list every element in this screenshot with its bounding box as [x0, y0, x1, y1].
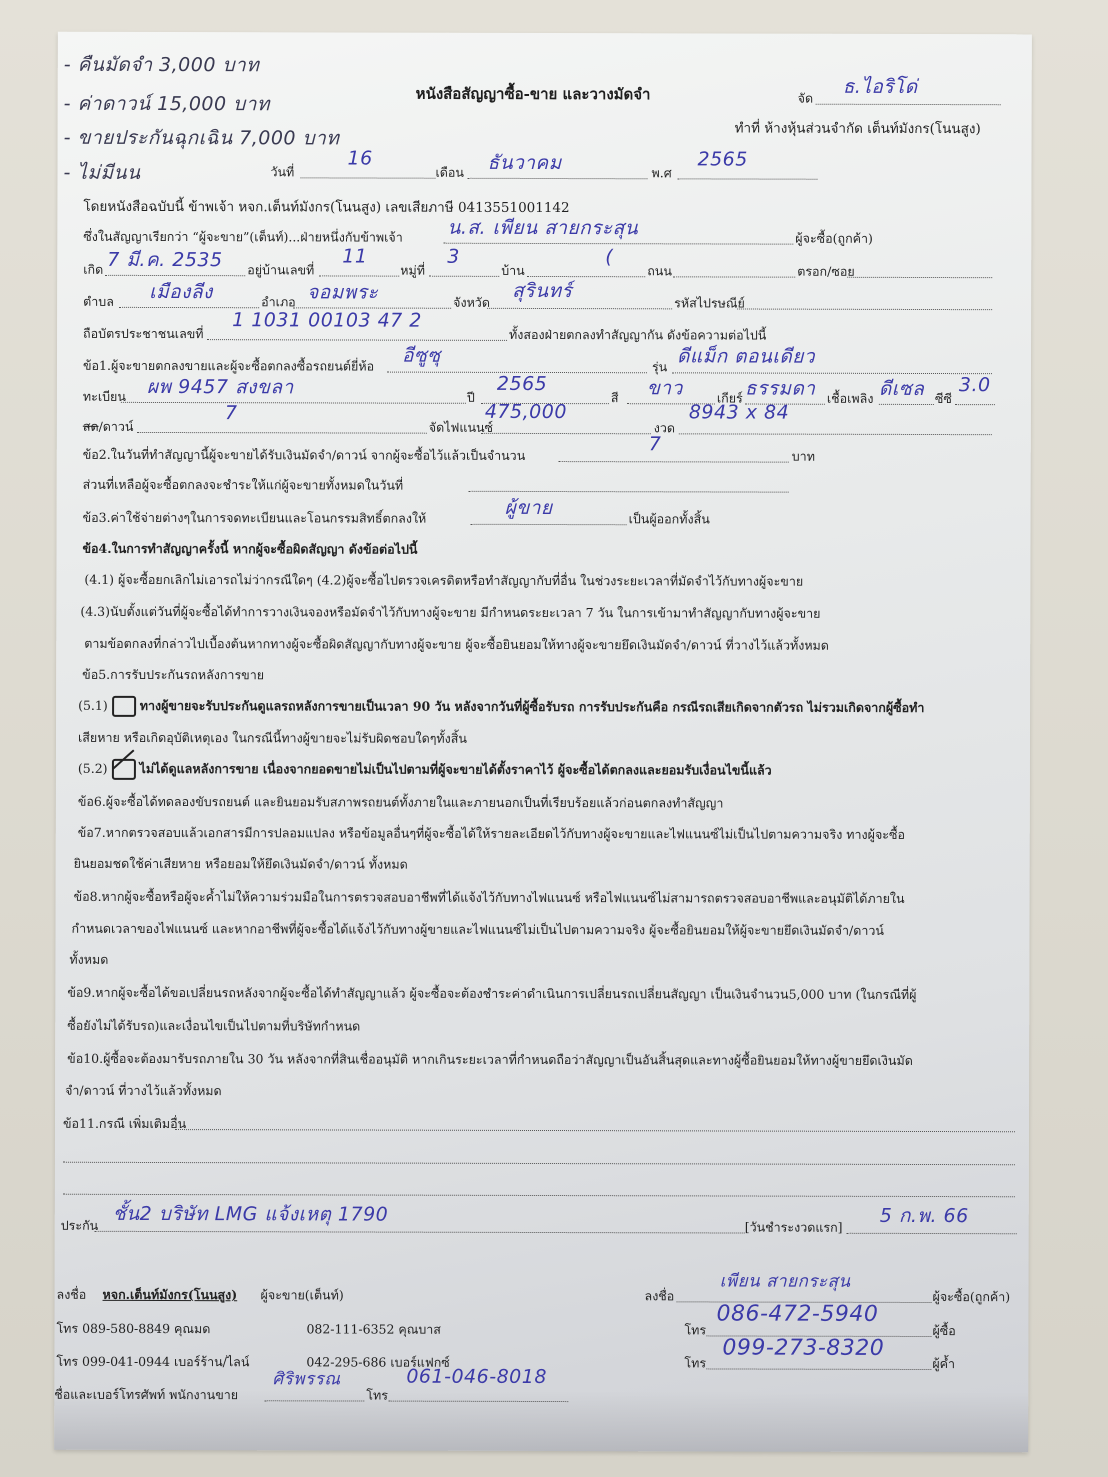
option-5-1-number: (5.1) [78, 698, 108, 713]
alley-label: ตรอก/ซอย [797, 262, 854, 282]
buyer-role-label: ผู้จะซื้อ(ถูกค้า) [795, 229, 873, 249]
note-down-payment: - ค่าดาวน์ 15,000 บาท [64, 89, 270, 120]
moo-label: หมู่ที่ [400, 261, 425, 281]
province-value: สุรินทร์ [512, 276, 572, 306]
finance-value: 475,000 [485, 401, 567, 423]
fuel-value: ดีเซล [879, 374, 924, 404]
place-text: ทำที่ ห้างหุ้นส่วนจำกัด เต็นท์มังกร(โนนส… [735, 116, 981, 139]
buyer-sign-label: ลงชื่อ [645, 1286, 675, 1306]
born-value: 7 มี.ค. 2535 [107, 245, 222, 275]
day-value: 16 [347, 147, 372, 169]
option-5-2-text: ไม่ได้ดูแลหลังการขาย เนื่องจากยอดขายไม่เ… [140, 761, 772, 778]
buyer-phone-role: ผู้ซื้อ [932, 1321, 955, 1341]
clause10-line1: ข้อ10.ผู้ซื้อจะต้องมารับรถภายใน 30 วัน ห… [67, 1049, 913, 1071]
day-label: วันที่ [270, 162, 294, 182]
plate-value: ผพ 9457 สงขลา [147, 372, 294, 402]
clause4-line1: (4.1) ผู้จะซื้อยกเลิกไม่เอารถไม่ว่ากรณีใ… [84, 570, 803, 592]
baht-unit: บาท [792, 447, 815, 467]
clause3-text: ข้อ3.ค่าใช้จ่ายต่างๆในการจดทะเบียนและโอน… [83, 508, 427, 529]
insurance-value: ชั้น2 บริษัท LMG แจ้งเหตุ 1790 [113, 1199, 389, 1230]
subdistrict-value: เมืองลีง [149, 277, 213, 307]
installment-value: 8943 x 84 [689, 401, 789, 423]
clause11-label: ข้อ11.กรณี เพิ่มเติมอื่น [63, 1114, 186, 1134]
note-misc: - ไม่มีนน [63, 158, 140, 188]
id-card-value: 1 1031 00103 47 2 [232, 309, 422, 331]
finance-label: จัดไฟแนนซ์ [429, 418, 493, 438]
clause6-text: ข้อ6.ผู้จะซื้อได้ทดลองขับรถยนต์ และยินยอ… [78, 792, 724, 814]
jad-label: จัด [798, 89, 814, 109]
buyer-phone: 086-472-5940 [716, 1301, 878, 1326]
buyer-signature: เพียน สายกระสุน [720, 1267, 851, 1294]
born-label: เกิด [83, 260, 103, 280]
note-deposit-return: - คืนมัดจำ 3,000 บาท [64, 50, 260, 81]
province-label: จังหวัด [453, 293, 490, 313]
year-label: พ.ศ [651, 163, 671, 183]
month-label: เดือน [435, 163, 464, 183]
cc-label: ซีซี [935, 389, 952, 409]
first-payment-date: 5 ก.พ. 66 [880, 1201, 969, 1231]
no-warranty-checkbox[interactable] [112, 759, 136, 780]
guarantor-phone: 099-273-8320 [722, 1335, 884, 1360]
seller-sign-label: ลงชื่อ [57, 1285, 87, 1305]
seller-role: ผู้จะขาย(เต็นท์) [261, 1285, 344, 1305]
clause8-line3: ทั้งหมด [69, 950, 108, 970]
seller-phone-3: โทร 099-041-0944 เบอร์ร้าน/ไลน์ [56, 1352, 249, 1373]
car-year-value: 2565 [497, 373, 547, 395]
jad-value: ธ.ไอริโด่ [843, 72, 918, 102]
deposit-amount-value: 7 [649, 433, 662, 455]
car-model-value: ดีแม็ก ตอนเดียว [677, 341, 815, 371]
clause8-line2: กำหนดเวลาของไฟแนนซ์ และหากอาชีพที่ผู้จะซ… [71, 919, 883, 941]
clause4-heading: ข้อ4.ในการทำสัญญาครั้งนี้ หากผู้จะซื้อผิ… [82, 539, 417, 560]
warranty-90-days-checkbox[interactable] [112, 696, 136, 717]
clause7-line2: ยินยอมชดใช้ค่าเสียหาย หรือยอมให้ยึดเงินม… [74, 854, 408, 875]
road-label: ถนน [647, 261, 672, 281]
down-value: 7 [225, 402, 238, 424]
staff-phone: 061-046-8018 [406, 1366, 547, 1388]
insurance-label: ประกัน [61, 1216, 99, 1236]
year-label-car: ปี [467, 388, 475, 408]
clause5-heading: ข้อ5.การรับประกันรถหลังการขาย [82, 665, 264, 685]
cc-value: 3.0 [959, 374, 991, 396]
district-value: จอมพระ [307, 277, 378, 307]
option-5-2-number: (5.2) [78, 761, 108, 776]
house-no-value: 11 [342, 245, 367, 267]
village-value: ( [605, 246, 613, 268]
clause4-line3: ตามข้อตกลงที่กล่าวไปเบื้องต้นหากทางผู้จะ… [84, 634, 829, 656]
warranty-option-none: (5.2)ไม่ได้ดูแลหลังการขาย เนื่องจากยอดขา… [78, 759, 772, 782]
house-no-label: อยู่บ้านเลขที่ [247, 260, 314, 280]
option-5-1-text-cont: เสียหาย หรือเกิดอุบัติเหตุเอง ในกรณีนี้ท… [78, 728, 467, 749]
clause9-line2: ซื้อยังไม่ได้รับรถ)และเงื่อนไขเป็นไปตามท… [67, 1016, 360, 1037]
document-title: หนังสือสัญญาซื้อ-ขาย และวางมัดจำ [416, 82, 651, 107]
contract-paper: - คืนมัดจำ 3,000 บาท - ค่าดาวน์ 15,000 บ… [54, 32, 1032, 1453]
down-label: สด/ดาวน์ [83, 417, 134, 437]
car-brand-value: อีซูซุ [402, 341, 441, 371]
transfer-cost-payer: ผู้ขาย [505, 493, 553, 523]
buyer-role: ผู้จะซื้อ(ถูกค้า) [933, 1287, 1011, 1307]
down-label-text: /ดาวน์ [99, 419, 134, 434]
year-value: 2565 [697, 148, 747, 170]
option-5-1-text: ทางผู้ขายจะรับประกันดูแลรถหลังการขายเป็น… [140, 698, 925, 715]
car-color-value: ขาว [647, 373, 683, 403]
clause10-line2: จำ/ดาวน์ ที่วางไว้แล้วทั้งหมด [65, 1081, 222, 1101]
plate-label: ทะเบียน [83, 387, 126, 407]
id-card-label: ถือบัตรประชาชนเลขที่ [83, 324, 204, 344]
staff-name: ศิริพรรณ [272, 1365, 340, 1392]
remaining-payment-text: ส่วนที่เหลือผู้จะซื้อตกลงจะชำระให้แก่ผู้… [83, 475, 404, 496]
buyer-name-value: น.ส. เพียน สายกระสุน [447, 213, 638, 243]
color-label: สี [611, 388, 619, 408]
month-value: ธันวาคม [487, 148, 561, 178]
first-payment-label: [วันชำระงวดแรก] [745, 1218, 843, 1238]
postal-label: รหัสไปรษณีย์ [674, 293, 745, 313]
seller-name: หจก.เต็นท์มังกร(โนนสูง) [103, 1285, 238, 1305]
guarantor-phone-role: ผู้ค้ำ [932, 1354, 955, 1374]
paper-fold-shadow [54, 1390, 1028, 1453]
gear-value: ธรรมดา [745, 374, 816, 404]
clause4-line2: (4.3)นับตั้งแต่วันที่ผู้จะซื้อได้ทำการวา… [80, 602, 820, 624]
seller-phone-2: 082-111-6352 คุณบาส [306, 1319, 441, 1339]
moo-value: 3 [447, 246, 460, 268]
clause9-line1: ข้อ9.หากผู้จะซื้อได้ขอเปลี่ยนรถหลังจากผู… [67, 983, 916, 1005]
subdistrict-label: ตำบล [83, 292, 114, 312]
clause3-suffix: เป็นผู้ออกทั้งสิ้น [629, 509, 710, 529]
guarantor-phone-label: โทร [684, 1353, 706, 1373]
warranty-option-90-days: (5.1)ทางผู้ขายจะรับประกันดูแลรถหลังการขา… [78, 696, 924, 719]
fuel-label: เชื้อเพลิง [827, 389, 874, 409]
clause7-line1: ข้อ7.หากตรวจสอบแล้วเอกสารมีการปลอมแปลง ห… [78, 823, 905, 845]
buyer-phone-label: โทร [684, 1320, 706, 1340]
clause8-line1: ข้อ8.หากผู้จะซื้อหรือผู้จะค้ำไม่ให้ความร… [74, 887, 905, 909]
seller-phone-1: โทร 089-580-8849 คุณมด [56, 1319, 210, 1339]
cash-label-struck: สด [83, 419, 99, 434]
note-insurance-sale: - ขายประกันฉุกเฉิน 7,000 บาท [64, 123, 340, 154]
clause2-text: ข้อ2.ในวันที่ทำสัญญานี้ผู้จะขายได้รับเงิ… [83, 445, 526, 466]
